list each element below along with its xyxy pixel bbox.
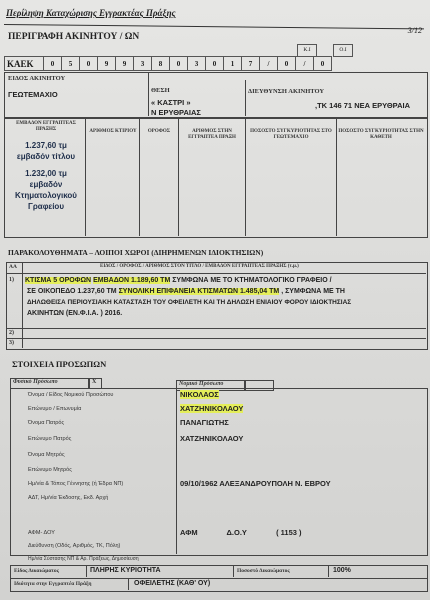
header-divider bbox=[4, 24, 424, 29]
annex-col-aa: ΑΑ bbox=[9, 264, 17, 270]
col-header-share-vertical: ΠΟΣΟΣΤΟ ΣΥΓΚΥΡΙΟΤΗΤΑΣ ΣΤΗΝ ΚΑΘΕΤΗ bbox=[338, 129, 424, 141]
kaek-separator: / bbox=[296, 57, 314, 71]
divider bbox=[176, 388, 177, 554]
divider bbox=[139, 118, 140, 236]
annex-row-1-line-4: ΑΚΙΝΗΤΩΝ (ΕΝ.Φ.Ι.Α. ) 2016. bbox=[27, 309, 122, 319]
divider bbox=[245, 118, 246, 236]
highlighted-text: ΚΤΙΣΜΑ 5 ΟΡΟΦΩΝ bbox=[25, 277, 91, 284]
address-value: ,ΤΚ 146 71 ΝΕΑ ΕΡΥΘΡΑΙΑ bbox=[315, 101, 410, 110]
kaek-digit: 0 bbox=[44, 57, 62, 71]
kaek-digit: 3 bbox=[188, 57, 206, 71]
text: ΣΥΜΦΩΝΑ ΜΕ ΤΟ ΚΤΗΜΑΤΟΛΟΓΙΚΟ ΓΡΑΦΕΙΟ / bbox=[172, 277, 331, 284]
area-cadastre-label: εμβαδόν bbox=[8, 179, 84, 190]
annex-section-title: ΠΑΡΑΚΟΛΟΥΘΗΜΑΤΑ – ΛΟΙΠΟΙ ΧΩΡΟΙ (ΔΙΗΡΗΜΕΝ… bbox=[8, 248, 263, 257]
kaek-table: ΚΑΕΚ 0 5 0 9 9 3 8 0 3 0 1 7 / 0 / 0 bbox=[4, 56, 332, 71]
divider bbox=[328, 565, 329, 577]
kaek-digit: 7 bbox=[242, 57, 260, 71]
col-header-building-no: ΑΡΙΘΜΟΣ ΚΤΙΡΙΟΥ bbox=[88, 129, 138, 135]
field-value-father-surname: ΧΑΤΖΗΝΙΚΟΛΑΟΥ bbox=[180, 434, 243, 443]
area-cadastre-label: Κτηματολογικού bbox=[8, 190, 84, 201]
annex-row-number: 2) bbox=[9, 330, 14, 336]
location-value-2: Ν ΕΡΥΘΡΑΙΑΣ bbox=[151, 108, 201, 117]
area-cadastre-value: 1.232,00 τμ bbox=[8, 168, 84, 179]
area-title-label: εμβαδόν τίτλου bbox=[8, 151, 84, 162]
kaek-digit: 3 bbox=[134, 57, 152, 71]
right-type-value: ΠΛΗΡΗΣ ΚΥΡΙΟΤΗΤΑ bbox=[90, 567, 161, 574]
area-cadastre-label: Γραφείου bbox=[8, 201, 84, 212]
legal-person-label: Νομικό Πρόσωπο bbox=[179, 381, 223, 387]
location-value-1: « ΚΑΣΤΡΙ » bbox=[151, 98, 191, 107]
field-label-mother-surname: Επώνυμο Μητρός bbox=[28, 467, 72, 473]
field-label-father-surname: Επώνυμο Πατρός bbox=[28, 436, 71, 442]
field-value-birth: 09/10/1962 ΑΛΕΞΑΝΔΡΟΥΠΟΛΗ Ν. ΕΒΡΟΥ bbox=[180, 479, 331, 488]
property-section-title: ΠΕΡΙΓΡΑΦΗ ΑΚΙΝΗΤΟΥ / ΩΝ bbox=[8, 32, 139, 42]
col-header-share-plot: ΠΟΣΟΣΤΟ ΣΥΓΚΥΡΙΟΤΗΤΑΣ ΣΤΟ ΓΕΩΤΕΜΑΧΙΟ bbox=[248, 129, 334, 141]
right-pct-label: Ποσοστό Δικαιώματος bbox=[237, 568, 290, 574]
field-value-surname: ΧΑΤΖΗΝΙΚΟΛΑΟΥ bbox=[180, 404, 243, 413]
col-header-area: ΕΜΒΑΔΟΝ ΕΓΓΡΑΠΤΕΑΣ ΠΡΑΞΗΣ bbox=[8, 121, 84, 133]
col-header-floor: ΟΡΟΦΟΣ bbox=[140, 129, 178, 135]
field-value-tax-id: ΑΦΜ Δ.Ο.Υ ( 1153 ) bbox=[180, 528, 302, 537]
natural-person-label: Φυσικό Πρόσωπο bbox=[13, 379, 58, 385]
property-info-box bbox=[4, 72, 428, 118]
role-label: Ιδιότητα στην Εγγραπτέα Πράξη bbox=[14, 581, 92, 587]
field-value-father-name: ΠΑΝΑΓΙΩΤΗΣ bbox=[180, 418, 229, 427]
divider bbox=[128, 578, 129, 590]
ki-label: Κ.Ι bbox=[297, 44, 317, 57]
highlighted-text: ΣΥΝΟΛΙΚΗ ΕΠΙΦΑΝΕΙΑ ΚΤΙΣΜΑΤΩΝ 1.485,04 ΤΜ bbox=[119, 288, 280, 295]
annex-row-1-line-1: ΚΤΙΣΜΑ 5 ΟΡΟΦΩΝ ΕΜΒΑΔΟΝ 1.189,60 ΤΜ ΣΥΜΦ… bbox=[25, 276, 332, 286]
field-label-birth: Ημ/νία & Τόπος Γέννησης (ή Έδρα ΝΠ) bbox=[28, 481, 123, 487]
location-label: ΘΕΣΗ bbox=[151, 87, 170, 94]
area-title-value: 1.237,60 τμ bbox=[8, 140, 84, 151]
checkbox-mark: X bbox=[92, 379, 96, 385]
field-value-name: ΝΙΚΟΛΑΟΣ bbox=[180, 390, 219, 399]
oi-label: Ο.Ι bbox=[333, 44, 353, 57]
text: ΣΕ ΟΙΚΟΠΕΔΟ 1.237,60 ΤΜ bbox=[27, 288, 117, 295]
field-label-id-card: ΑΔΤ, Ημ/νία Έκδοσης, Εκδ. Αρχή bbox=[28, 495, 108, 501]
annex-row-1-line-3: ΔΗΛΩΘΕΙΣΑ ΠΕΡΙΟΥΣΙΑΚΗ ΚΑΤΑΣΤΑΣΗ ΤΟΥ ΟΦΕΙ… bbox=[27, 298, 351, 308]
annex-row-1-line-2: ΣΕ ΟΙΚΟΠΕΔΟ 1.237,60 ΤΜ ΣΥΝΟΛΙΚΗ ΕΠΙΦΑΝΕ… bbox=[27, 287, 345, 297]
right-pct-value: 100% bbox=[333, 567, 351, 574]
divider bbox=[86, 565, 87, 577]
kaek-digit: 9 bbox=[98, 57, 116, 71]
role-value: ΟΦΕΙΛΕΤΗΣ (ΚΑΘ' ΟΥ) bbox=[134, 580, 210, 587]
kaek-digit: 9 bbox=[116, 57, 134, 71]
divider bbox=[6, 338, 426, 339]
kaek-digit: 0 bbox=[206, 57, 224, 71]
highlighted-text: ΕΜΒΑΔΟΝ 1.189,60 ΤΜ bbox=[93, 277, 170, 284]
divider bbox=[22, 262, 23, 348]
field-label-address: Διεύθυνση (Οδός, Αριθμός, ΤΚ, Πόλη) bbox=[28, 543, 120, 549]
property-type-value: ΓΕΩΤΕΜΑΧΙΟ bbox=[8, 90, 58, 99]
field-label-name: Όνομα / Είδος Νομικού Προσώπου bbox=[28, 392, 113, 398]
rights-row bbox=[10, 565, 428, 579]
kaek-ki-digit: 0 bbox=[278, 57, 296, 71]
divider bbox=[6, 273, 426, 274]
right-type-label: Είδος Δικαιώματος bbox=[14, 568, 59, 574]
divider bbox=[336, 118, 337, 236]
divider bbox=[148, 72, 149, 116]
divider bbox=[245, 80, 246, 116]
persons-section-title: ΣΤΟΙΧΕΙΑ ΠΡΟΣΩΠΩΝ bbox=[12, 359, 106, 369]
text: , ΣΥΜΦΩΝΑ ΜΕ ΤΗ bbox=[281, 288, 345, 295]
col-header-deed-no: ΑΡΙΘΜΟΣ ΣΤΗΝ ΕΓΓΡΑΠΤΕΑ ΠΡΑΞΗ bbox=[180, 129, 244, 141]
kaek-label: ΚΑΕΚ bbox=[5, 57, 44, 71]
kaek-digit: 0 bbox=[170, 57, 188, 71]
kaek-digit: 8 bbox=[152, 57, 170, 71]
kaek-separator: / bbox=[260, 57, 278, 71]
page-number: 3/12 bbox=[408, 26, 422, 35]
field-label-father-name: Όνομα Πατρός bbox=[28, 420, 64, 426]
field-label-tax-id: ΑΦΜ- ΔΟΥ bbox=[28, 530, 55, 536]
kaek-oi-digit: 0 bbox=[314, 57, 332, 71]
area-handwritten: 1.237,60 τμ εμβαδόν τίτλου 1.232,00 τμ ε… bbox=[8, 140, 84, 212]
field-label-surname: Επώνυμο / Επωνυμία bbox=[28, 406, 81, 412]
property-type-label: ΕΙΔΟΣ ΑΚΙΝΗΤΟΥ bbox=[8, 75, 65, 82]
kaek-digit: 1 bbox=[224, 57, 242, 71]
address-label: ΔΙΕΥΘΥΝΣΗ ΑΚΙΝΗΤΟΥ bbox=[248, 88, 324, 95]
field-label-legal-date: Ημ/νία Σύστασης ΝΠ & Αρ. Πράξεως, Δημοσί… bbox=[28, 556, 139, 562]
annex-row-number: 1) bbox=[9, 277, 14, 283]
field-label-mother-name: Όνομα Μητρός bbox=[28, 452, 65, 458]
annex-row-number: 3) bbox=[9, 340, 14, 346]
divider bbox=[85, 118, 86, 236]
divider bbox=[233, 565, 234, 577]
divider bbox=[6, 328, 426, 329]
annex-col-desc: ΕΙΔΟΣ / ΟΡΟΦΟΣ / ΑΡΙΘΜΟΣ ΣΤΟΝ ΤΙΤΛΟ / ΕΜ… bbox=[100, 264, 299, 269]
kaek-digit: 5 bbox=[62, 57, 80, 71]
divider bbox=[178, 118, 179, 236]
kaek-digit: 0 bbox=[80, 57, 98, 71]
document-page: Περίληψη Καταχώρισης Εγγρακτέας Πράξης 3… bbox=[0, 0, 430, 600]
document-header-title: Περίληψη Καταχώρισης Εγγρακτέας Πράξης bbox=[6, 8, 176, 18]
